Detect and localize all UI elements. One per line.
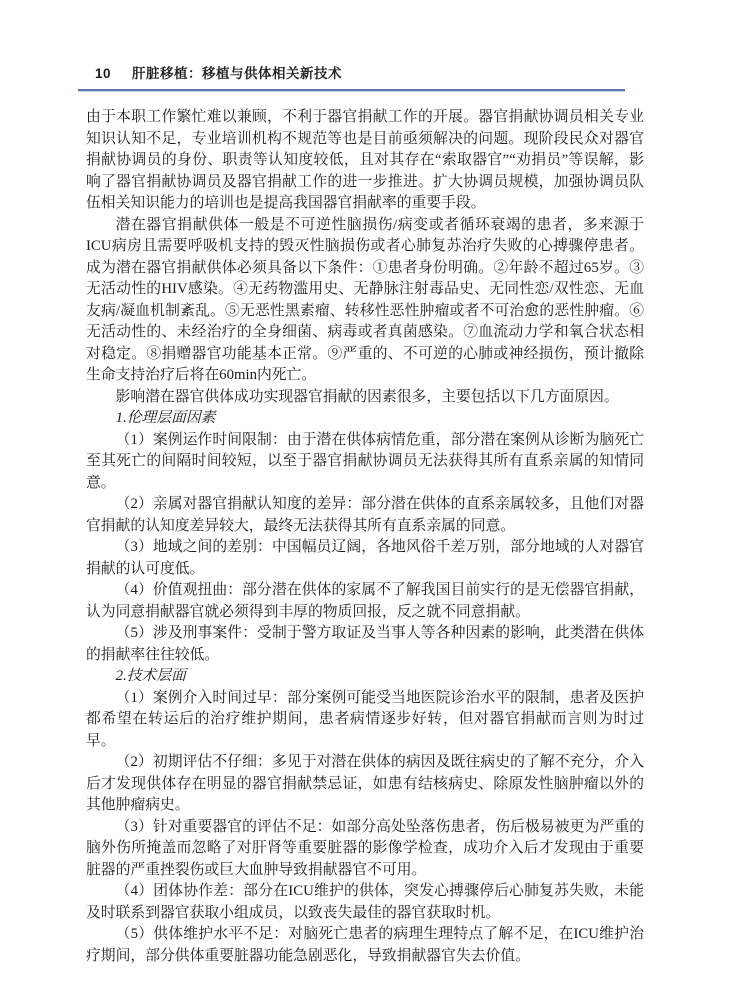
- paragraph-continuation: 由于本职工作繁忙难以兼顾，不利于器官捐献工作的开展。器官捐献协调员相关专业知识认…: [86, 107, 644, 215]
- list-item: （2）亲属对器官捐献认知度的差异：部分潜在供体的直系亲属较多，且他们对器官捐献的…: [86, 494, 644, 537]
- header-rule: [78, 89, 625, 92]
- chapter-title: 肝脏移植：移植与供体相关新技术: [132, 62, 342, 82]
- book-page: 10 肝脏移植：移植与供体相关新技术 由于本职工作繁忙难以兼顾，不利于器官捐献工…: [0, 0, 729, 1005]
- list-item: （2）初期评估不仔细：多见于对潜在供体的病因及既往病史的了解不充分，介入后才发现…: [86, 752, 644, 817]
- list-item: （1）案例运作时间限制：由于潜在供体病情危重，部分潜在案例从诊断为脑死亡至其死亡…: [86, 430, 644, 495]
- paragraph: 影响潜在器官供体成功实现器官捐献的因素很多，主要包括以下几方面原因。: [86, 387, 644, 409]
- list-item: （3）地域之间的差别：中国幅员辽阔，各地风俗千差万别，部分地域的人对器官捐献的认…: [86, 537, 644, 580]
- section-heading-ethics: 1.伦理层面因素: [86, 408, 644, 430]
- body-text: 由于本职工作繁忙难以兼顾，不利于器官捐献工作的开展。器官捐献协调员相关专业知识认…: [86, 107, 644, 967]
- list-item: （1）案例介入时间过早：部分案例可能受当地医院诊治水平的限制，患者及医护都希望在…: [86, 688, 644, 753]
- page-header-row: 10 肝脏移植：移植与供体相关新技术: [78, 62, 625, 82]
- list-item: （3）针对重要器官的评估不足：如部分高处坠落伤患者，伤后极易被更为严重的脑外伤所…: [86, 817, 644, 882]
- list-item: （5）供体维护水平不足：对脑死亡患者的病理生理特点了解不足，在ICU维护治疗期间…: [86, 924, 644, 967]
- list-item: （5）涉及刑事案件：受制于警方取证及当事人等各种因素的影响，此类潜在供体的捐献率…: [86, 623, 644, 666]
- page-header: 10 肝脏移植：移植与供体相关新技术: [78, 62, 625, 92]
- list-item: （4）价值观扭曲：部分潜在供体的家属不了解我国目前实行的是无偿器官捐献，认为同意…: [86, 580, 644, 623]
- list-item: （4）团体协作差：部分在ICU维护的供体，突发心搏骤停后心肺复苏失败，未能及时联…: [86, 881, 644, 924]
- paragraph: 潜在器官捐献供体一般是不可逆性脑损伤/病变或者循环衰竭的患者，多来源于ICU病房…: [86, 215, 644, 387]
- page-number: 10: [95, 66, 111, 81]
- section-heading-technical: 2.技术层面: [86, 666, 644, 688]
